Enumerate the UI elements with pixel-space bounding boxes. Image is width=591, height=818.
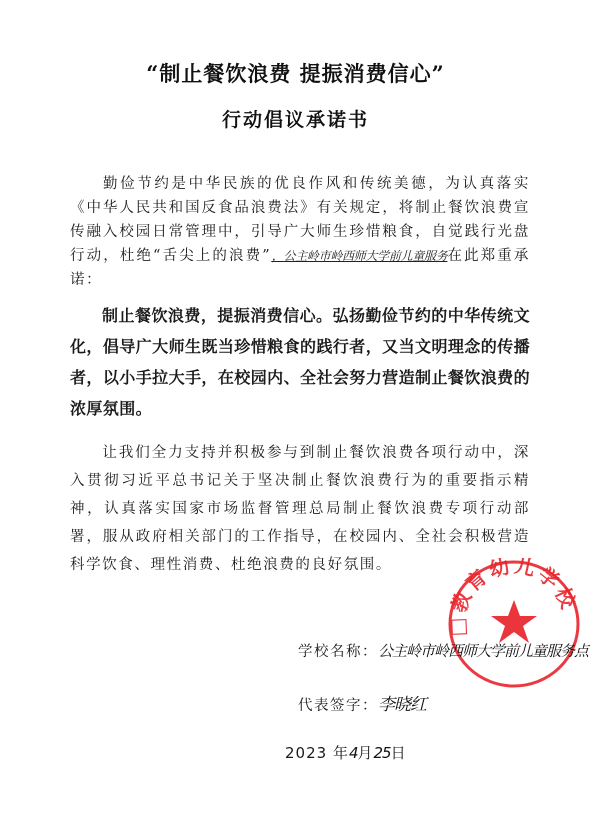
paragraph-call-to-action: 让我们全力支持并积极参与到制止餐饮浪费各项行动中，深入贯彻习近平总书记关于坚决制…	[70, 439, 530, 579]
paragraph-commitment: 制止餐饮浪费，提振消费信心。弘扬勤俭节约的中华传统文化，倡导广大师生既当珍惜粮食…	[70, 300, 530, 424]
representative-label: 代表签字：	[298, 698, 378, 714]
date-day-unit: 日	[391, 744, 407, 762]
call-to-action-text: 让我们全力支持并积极参与到制止餐饮浪费各项行动中，深入贯彻习近平总书记关于坚决制…	[70, 445, 530, 573]
representative-signature: 李晓红	[378, 695, 426, 715]
document-subtitle: 行动倡议承诺书	[0, 105, 591, 132]
date-year: 2023 年	[285, 744, 349, 762]
paragraph-intro: 勤俭节约是中华民族的优良作风和传统美德，为认真落实《中华人民共和国反食品浪费法》…	[70, 172, 530, 292]
school-name-label: 学校名称：	[298, 644, 378, 660]
date-month-unit: 月	[358, 744, 374, 762]
school-name-row: 学校名称：公主岭市岭西师大学前儿童服务点	[298, 640, 588, 661]
document-title: “制止餐饮浪费 提振消费信心”	[0, 58, 591, 88]
signing-date: 2023 年4月25日	[285, 742, 407, 763]
date-day-handwritten: 25	[374, 744, 391, 762]
school-name-handwritten: 公主岭市岭西师大学前儿童服务点	[378, 642, 588, 660]
star-icon	[491, 600, 537, 643]
commitment-text: 制止餐饮浪费，提振消费信心。弘扬勤俭节约的中华传统文化，倡导广大师生既当珍惜粮食…	[70, 306, 530, 418]
handwritten-school-name: ，公主岭市岭西师大学前儿童服务	[271, 249, 447, 263]
date-month-handwritten: 4	[349, 744, 358, 762]
representative-signature-row: 代表签字：李晓红	[298, 690, 426, 715]
